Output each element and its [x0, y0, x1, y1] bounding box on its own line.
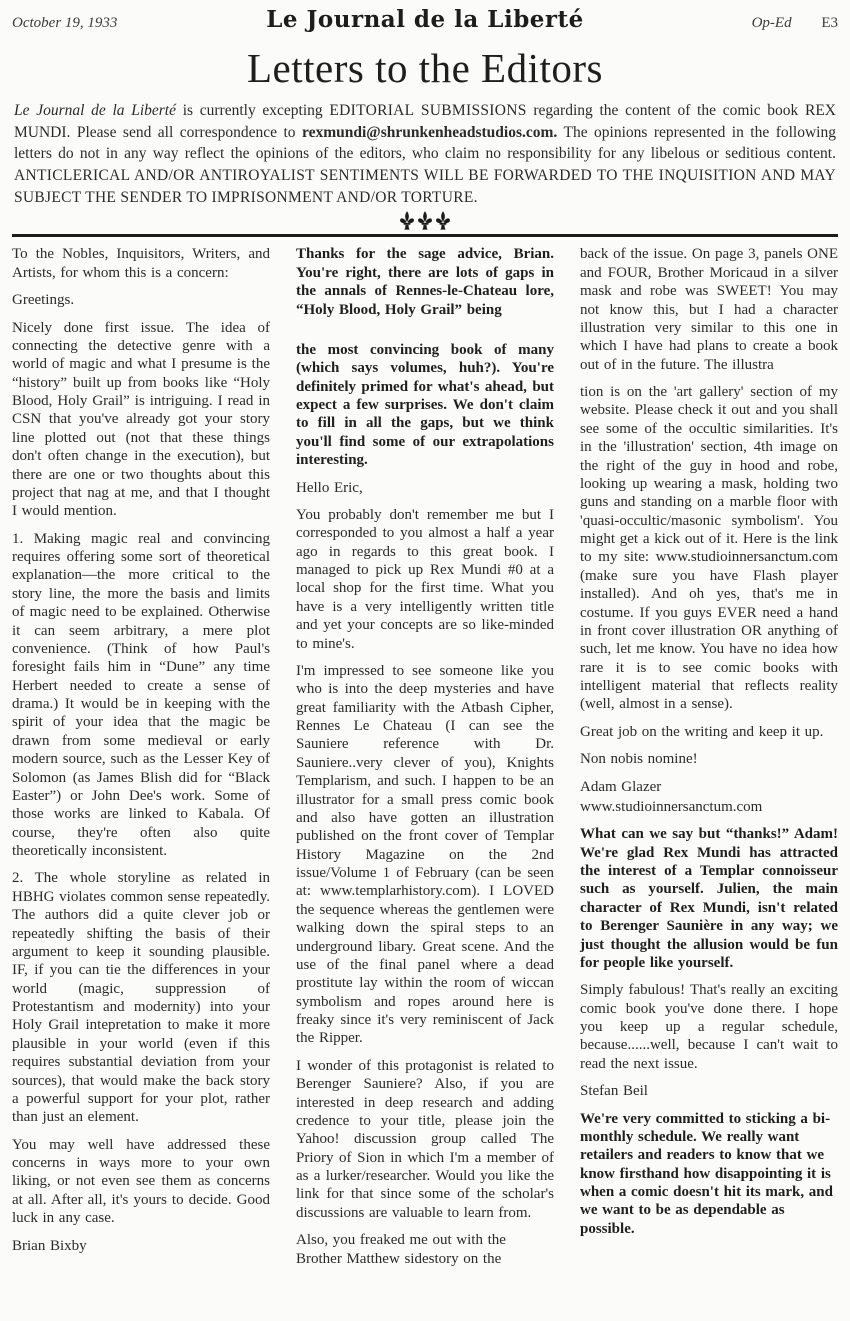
- letter-paragraph: the most convincing book of many (which …: [296, 341, 554, 470]
- letter-paragraph: Brian Bixby: [12, 1237, 270, 1255]
- intro-segment: rexmundi@shrunkenheadstudios.com.: [302, 124, 557, 141]
- letter-paragraph: www.studioinnersanctum.com: [580, 798, 838, 816]
- masthead-right: Op-Ed E3: [584, 15, 838, 32]
- letter-column-1: To the Nobles, Inquisitors, Writers, and…: [12, 245, 270, 1277]
- intro-segment: is currently excepting: [176, 102, 329, 119]
- letter-paragraph: Greetings.: [12, 291, 270, 309]
- letter-paragraph: I wonder of this protagonist is related …: [296, 1057, 554, 1222]
- issue-date: October 19, 1933: [12, 15, 266, 32]
- masthead-row: October 19, 1933 Le Journal de la Libert…: [12, 6, 838, 33]
- letter-paragraph: We're very committed to sticking a bi-mo…: [580, 1110, 838, 1239]
- intro-segment: ANTICLERICAL AND/OR ANTIROYALIST SENTIME…: [14, 167, 836, 206]
- section-label: Op-Ed: [752, 15, 792, 31]
- letter-paragraph: 2. The whole storyline as related in HBH…: [12, 869, 270, 1126]
- letter-paragraph: Hello Eric,: [296, 479, 554, 497]
- letter-paragraph: What can we say but “thanks!” Adam! We'r…: [580, 825, 838, 972]
- letter-paragraph: You probably don't remember me but I cor…: [296, 506, 554, 653]
- intro-segment: Le Journal de la Liberté: [14, 102, 176, 119]
- fleur-de-lis-icon: [399, 211, 415, 230]
- letter-column-3: back of the issue. On page 3, panels ONE…: [580, 245, 838, 1277]
- letter-paragraph: I'm impressed to see someone like you wh…: [296, 662, 554, 1048]
- letter-paragraph: 1. Making magic real and convincing requ…: [12, 530, 270, 861]
- letter-paragraph: Simply fabulous! That's really an exciti…: [580, 981, 838, 1073]
- letters-section: To the Nobles, Inquisitors, Writers, and…: [12, 245, 838, 1277]
- newspaper-title: Le Journal de la Liberté: [266, 6, 584, 33]
- letter-paragraph: Thanks for the sage advice, Brian. You'r…: [296, 245, 554, 319]
- letter-paragraph: Nicely done first issue. The idea of con…: [12, 319, 270, 521]
- letter-paragraph: Non nobis nomine!: [580, 750, 838, 768]
- letter-paragraph: You may well have addressed these concer…: [12, 1136, 270, 1228]
- fleur-de-lis-icon: [417, 211, 433, 230]
- page-title: Letters to the Editors: [12, 47, 838, 90]
- page-number: E3: [821, 15, 838, 31]
- letter-paragraph: To the Nobles, Inquisitors, Writers, and…: [12, 245, 270, 282]
- newspaper-page: October 19, 1933 Le Journal de la Libert…: [0, 0, 850, 1321]
- letter-paragraph: Stefan Beil: [580, 1082, 838, 1100]
- letter-paragraph: Great job on the writing and keep it up.: [580, 723, 838, 741]
- letter-paragraph: Also, you freaked me out with the Brothe…: [296, 1231, 554, 1268]
- letter-paragraph: Adam Glazer: [580, 778, 838, 796]
- intro-paragraph: Le Journal de la Liberté is currently ex…: [14, 100, 836, 208]
- letter-column-2: Thanks for the sage advice, Brian. You'r…: [296, 245, 554, 1277]
- fleur-divider: [12, 211, 838, 230]
- letter-paragraph: tion is on the 'art gallery' section of …: [580, 383, 838, 714]
- letter-paragraph: back of the issue. On page 3, panels ONE…: [580, 245, 838, 374]
- section-rule: [12, 234, 838, 237]
- fleur-de-lis-icon: [435, 211, 451, 230]
- intro-segment: EDITORIAL SUBMISSIONS: [329, 102, 526, 119]
